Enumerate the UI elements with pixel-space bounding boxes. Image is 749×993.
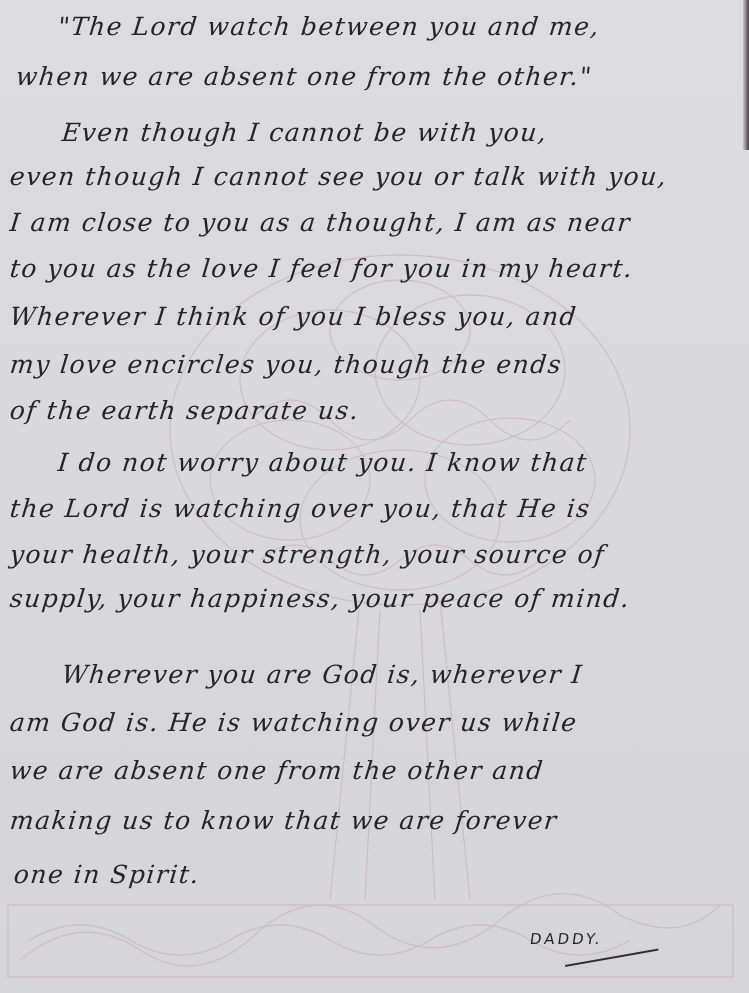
- letter-line: Wherever you are God is, wherever I: [60, 660, 584, 689]
- letter-line: the Lord is watching over you, that He i…: [8, 494, 592, 523]
- letter-line: to you as the love I feel for you in my …: [8, 254, 634, 283]
- letter-line: of the earth separate us.: [8, 396, 361, 425]
- letter-line: making us to know that we are forever: [8, 806, 559, 835]
- letter-line: we are absent one from the other and: [8, 756, 545, 785]
- letter-line: am God is. He is watching over us while: [8, 708, 579, 737]
- signature: DADDY.: [529, 930, 604, 948]
- letter-body: "The Lord watch between you and me, when…: [0, 0, 749, 993]
- letter-line: Wherever I think of you I bless you, and: [8, 302, 578, 331]
- letter-page: "The Lord watch between you and me, when…: [0, 0, 749, 993]
- letter-line: even though I cannot see you or talk wit…: [8, 162, 668, 191]
- letter-line: Even though I cannot be with you,: [60, 118, 549, 147]
- letter-line: when we are absent one from the other.": [14, 62, 594, 91]
- letter-line: I do not worry about you. I know that: [56, 448, 589, 477]
- letter-line: one in Spirit.: [12, 860, 201, 889]
- letter-line: your health, your strength, your source …: [8, 540, 606, 569]
- signature-underline: [565, 949, 659, 967]
- letter-line: "The Lord watch between you and me,: [56, 12, 601, 41]
- letter-line: my love encircles you, though the ends: [8, 350, 563, 379]
- letter-line: supply, your happiness, your peace of mi…: [8, 584, 631, 613]
- letter-line: I am close to you as a thought, I am as …: [8, 208, 632, 237]
